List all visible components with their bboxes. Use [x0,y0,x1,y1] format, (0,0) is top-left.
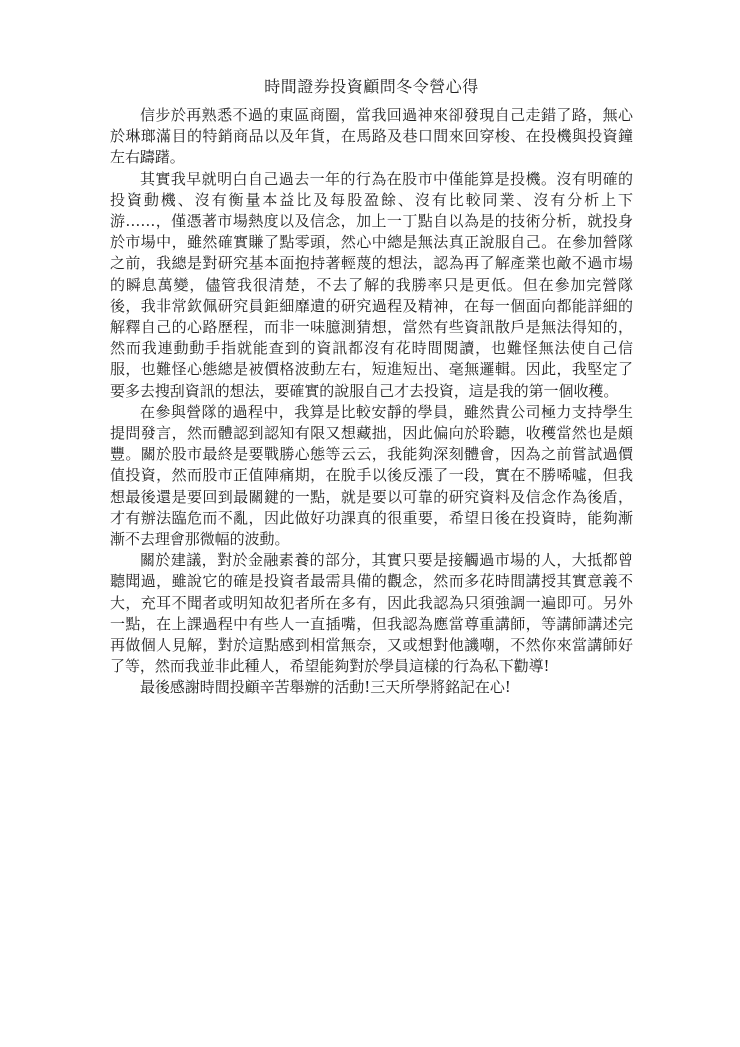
document-page: 時間證券投資顧問冬令營心得 信步於再熟悉不過的東區商圈，當我回過神來卻發現自己走… [0,0,740,1047]
paragraph-mindset: 在參與營隊的過程中，我算是比較安靜的學員，雖然貴公司極力支持學生提問發言，然而體… [110,402,633,550]
paragraph-intro: 信步於再熟悉不過的東區商圈，當我回過神來卻發現自己走錯了路，無心於琳瑯滿目的特銷… [110,105,633,169]
paragraph-reflection-research: 其實我早就明白自己過去一年的行為在股市中僅能算是投機。沒有明確的投資動機、沒有衡… [110,169,633,402]
document-body: 信步於再熟悉不過的東區商圈，當我回過神來卻發現自己走錯了路，無心於琳瑯滿目的特銷… [110,105,633,699]
document-title: 時間證券投資顧問冬令營心得 [110,76,633,98]
paragraph-suggestions: 關於建議，對於金融素養的部分，其實只要是接觸過市場的人，大抵都曾聽聞過，雖說它的… [110,550,633,677]
paragraph-closing-thanks: 最後感謝時間投顧辛苦舉辦的活動!三天所學將銘記在心! [110,677,633,698]
